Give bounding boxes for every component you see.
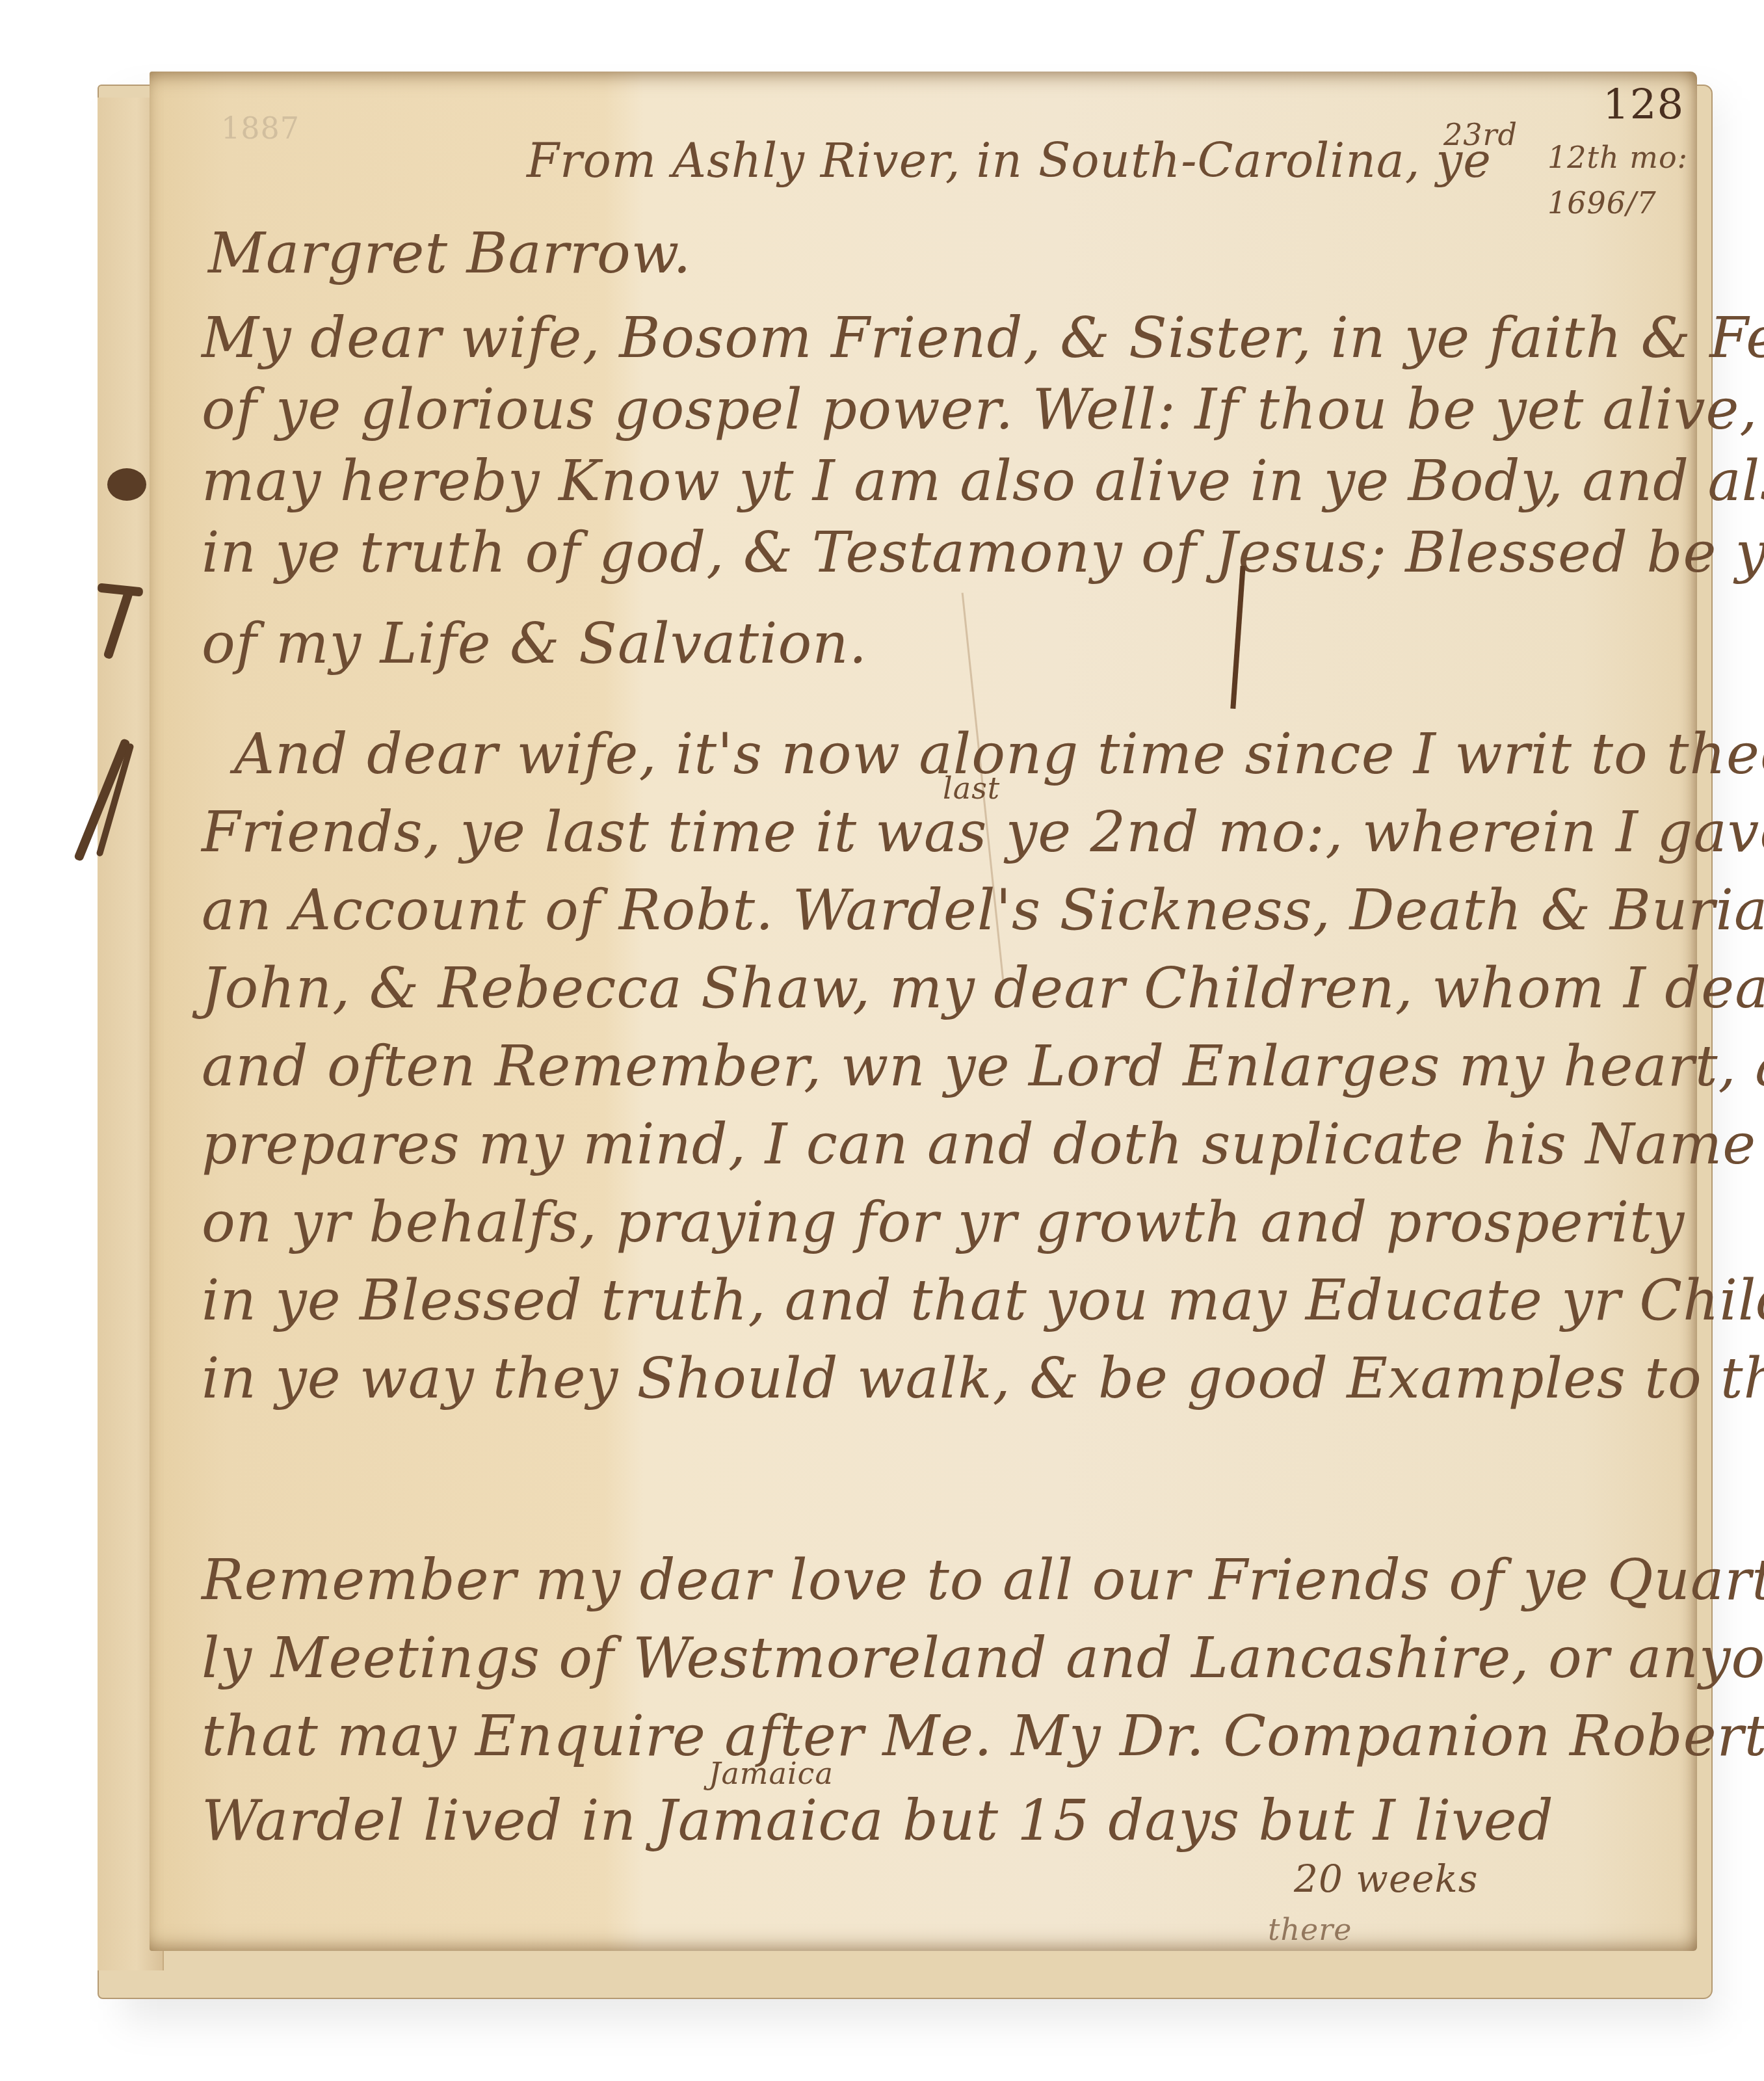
paragraph-line: may hereby Know yt I am also alive in ye… (202, 449, 1764, 514)
paragraph-line: that may Enquire after Me. My Dr. Compan… (202, 1704, 1764, 1769)
interlinear-insertion: Jamaica (709, 1756, 834, 1791)
pencil-note: 1887 (221, 111, 300, 146)
vertical-ink-stroke (1230, 566, 1245, 709)
heading-day: 23rd (1443, 117, 1518, 152)
paragraph-line: ly Meetings of Westmoreland and Lancashi… (202, 1626, 1764, 1691)
page-number: 128 (1603, 81, 1684, 129)
paragraph-line: Wardel lived in Jamaica but 15 days but … (202, 1788, 1554, 1853)
paragraph-line: in ye Blessed truth, and that you may Ed… (202, 1268, 1764, 1333)
binding-thread-top (107, 468, 146, 501)
paragraph-line: prepares my mind, I can and doth suplica… (202, 1112, 1756, 1177)
heading-year: 1696/7 (1547, 185, 1657, 220)
manuscript-page: 128 1887 From Ashly River, in South-Caro… (150, 72, 1697, 1951)
paragraph-line: My dear wife, Bosom Friend, & Sister, in… (202, 306, 1764, 371)
heading-place: From Ashly River, in South-Carolina, ye (527, 133, 1492, 188)
addressee: Margret Barrow. (208, 221, 692, 286)
catchword: there (1268, 1912, 1352, 1947)
paragraph-line: of ye glorious gospel power. Well: If th… (202, 377, 1764, 442)
line-continuation: 20 weeks (1294, 1857, 1478, 1901)
paragraph-line: on yr behalfs, praying for yr growth and… (202, 1190, 1685, 1255)
heading-month: 12th mo: (1547, 140, 1688, 175)
paragraph-line: in ye truth of god, & Testamony of Jesus… (202, 520, 1764, 585)
paragraph-line: Remember my dear love to all our Friends… (202, 1548, 1764, 1613)
paragraph-line: of my Life & Salvation. (202, 611, 867, 676)
paragraph-line: in ye way they Should walk, & be good Ex… (202, 1346, 1764, 1411)
paragraph-line: and often Remember, wn ye Lord Enlarges … (202, 1034, 1764, 1099)
paragraph-line: John, & Rebecca Shaw, my dear Children, … (202, 956, 1764, 1021)
paragraph-line: Friends, ye last time it was ye 2nd mo:,… (202, 800, 1764, 865)
paragraph-line: an Account of Robt. Wardel's Sickness, D… (202, 878, 1764, 943)
